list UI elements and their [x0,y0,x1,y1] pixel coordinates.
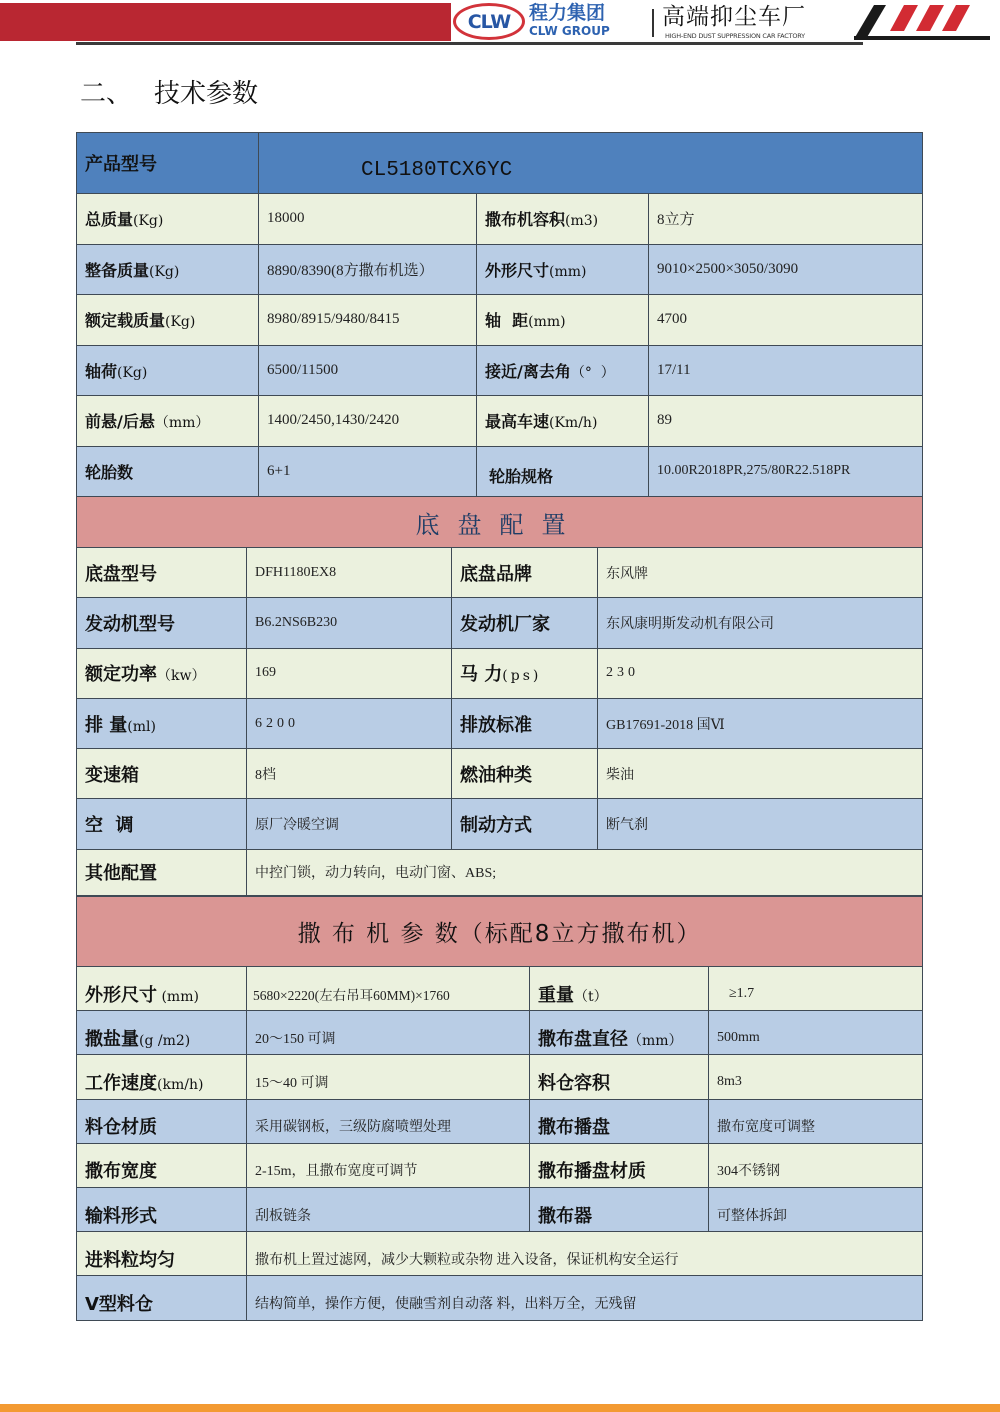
row-value: 8890/8390(8方撒布机选） [259,244,477,295]
row-value: 撒布宽度可调整 [709,1099,923,1143]
row-value: 原厂冷暖空调 [247,799,452,849]
row-value: 230 [598,648,923,698]
row-label: 料仓材质 [77,1099,247,1143]
table-row: 变速箱 8档 燃油种类 柴油 [77,749,923,799]
chassis-spec-table: 底盘配置 底盘型号 DFH1180EX8 底盘品牌 东风牌 发动机型号 B6.2… [76,496,923,896]
table-row: 撒布宽度 2-15m，且撒布宽度可调节 撒布播盘材质 304不锈钢 [77,1143,923,1187]
row-value: 东风康明斯发动机有限公司 [598,598,923,648]
row-value: 8m3 [709,1055,923,1099]
row-value: 中控门锁，动力转向，电动门窗、ABS; [247,849,923,895]
row-value: 17/11 [649,345,923,396]
section-number: 二、 [80,79,132,109]
row-value: 柴油 [598,749,923,799]
row-label: 接近/离去角（° ） [477,345,649,396]
row-label: 底盘型号 [77,548,247,598]
row-value: 20～150 可调 [247,1011,530,1055]
table-row: 总质量(Kg) 18000 撒布机容积(m3) 8立方 [77,194,923,245]
row-value: 采用碳钢板，三级防腐喷塑处理 [247,1099,530,1143]
row-label: 最高车速(Km/h) [477,396,649,447]
row-label: 料仓容积 [530,1055,709,1099]
row-label: 额定载质量(Kg) [77,295,259,346]
table-row: 底盘型号 DFH1180EX8 底盘品牌 东风牌 [77,548,923,598]
row-value: 结构简单，操作方便，使融雪剂自动落 料，出料万全，无残留 [247,1276,923,1320]
row-value: 1400/2450,1430/2420 [259,396,477,447]
table-row-other: 其他配置 中控门锁，动力转向，电动门窗、ABS; [77,849,923,895]
stripes-logo-icon [852,3,992,43]
row-value: 8立方 [649,194,923,245]
row-label: 轮胎规格 [477,446,649,497]
row-value: B6.2NS6B230 [247,598,452,648]
chassis-band: 底盘配置 [77,497,923,548]
row-value: 18000 [259,194,477,245]
row-label: 排 量(ml) [77,698,247,748]
table-row: 额定载质量(Kg) 8980/8915/9480/8415 轴 距(mm) 47… [77,295,923,346]
spreader-spec-table: 撒 布 机 参 数（标配8立方撒布机） 外形尺寸 (mm) 5680×2220(… [76,896,923,1321]
row-label: 工作速度(km/h) [77,1055,247,1099]
row-value: 5680×2220(左右吊耳60MM)×1760 [247,967,530,1011]
table-row: 空 调 原厂冷暖空调 制动方式 断气刹 [77,799,923,849]
row-label: 变速箱 [77,749,247,799]
row-label: 其他配置 [77,849,247,895]
table-row: 料仓材质 采用碳钢板，三级防腐喷塑处理 撒布播盘 撒布宽度可调整 [77,1099,923,1143]
row-label: 外形尺寸(mm) [477,244,649,295]
row-value: GB17691-2018 国Ⅵ [598,698,923,748]
row-label: 撒布播盘 [530,1099,709,1143]
model-row: 产品型号 CL5180TCX6YC [77,133,923,194]
table-row-wide: V型料仓 结构简单，操作方便，使融雪剂自动落 料，出料万全，无残留 [77,1276,923,1320]
table-row-wide: 进料粒均匀 撒布机上置过滤网，减少大颗粒或杂物 进入设备，保证机构安全运行 [77,1232,923,1276]
row-value: 15～40 可调 [247,1055,530,1099]
row-value: 2-15m，且撒布宽度可调节 [247,1143,530,1187]
row-label: 重量（t） [530,967,709,1011]
row-label: 制动方式 [452,799,598,849]
row-value: 6500/11500 [259,345,477,396]
row-value: 89 [649,396,923,447]
clw-logo: CLW [453,3,525,40]
vehicle-spec-table: 产品型号 CL5180TCX6YC 总质量(Kg) 18000 撒布机容积(m3… [76,132,923,497]
row-value: 刮板链条 [247,1187,530,1231]
row-label: 发动机型号 [77,598,247,648]
row-value: ≥1.7 [709,967,923,1011]
table-row: 排 量(ml) 6200 排放标准 GB17691-2018 国Ⅵ [77,698,923,748]
row-label: 总质量(Kg) [77,194,259,245]
footer-bar [0,1404,1000,1412]
table-row: 发动机型号 B6.2NS6B230 发动机厂家 东风康明斯发动机有限公司 [77,598,923,648]
row-value: 10.00R2018PR,275/80R22.518PR [649,446,923,497]
spreader-title: 撒 布 机 参 数（标配8立方撒布机） [77,897,923,967]
row-label: 轴 距(mm) [477,295,649,346]
spreader-band: 撒 布 机 参 数（标配8立方撒布机） [77,897,923,967]
table-row: 工作速度(km/h) 15～40 可调 料仓容积 8m3 [77,1055,923,1099]
row-label: 外形尺寸 (mm) [77,967,247,1011]
row-value: 8档 [247,749,452,799]
row-value: 可整体拆卸 [709,1187,923,1231]
row-value: 9010×2500×3050/3090 [649,244,923,295]
row-label: 轮胎数 [77,446,259,497]
row-value: 6+1 [259,446,477,497]
logo-cn-text: 程力集团 [529,3,605,23]
row-value: 撒布机上置过滤网，减少大颗粒或杂物 进入设备，保证机构安全运行 [247,1232,923,1276]
logo-mark: CLW [468,11,511,33]
row-value: 东风牌 [598,548,923,598]
slogan-en: HIGH-END DUST SUPPRESSION CAR FACTORY [665,32,805,40]
row-label: 撒布播盘材质 [530,1143,709,1187]
row-label: 底盘品牌 [452,548,598,598]
header-rule [76,42,863,45]
table-row: 整备质量(Kg) 8890/8390(8方撒布机选） 外形尺寸(mm) 9010… [77,244,923,295]
row-value: DFH1180EX8 [247,548,452,598]
row-value: 169 [247,648,452,698]
row-label: 马 力(ps) [452,648,598,698]
row-label: 发动机厂家 [452,598,598,648]
row-label: 额定功率（kw） [77,648,247,698]
model-value: CL5180TCX6YC [259,133,923,194]
row-label: 输料形式 [77,1187,247,1231]
section-title: 二、技术参数 [80,78,258,110]
row-label: 撒布器 [530,1187,709,1231]
table-row: 外形尺寸 (mm) 5680×2220(左右吊耳60MM)×1760 重量（t）… [77,967,923,1011]
row-value: 500mm [709,1011,923,1055]
row-value: 304不锈钢 [709,1143,923,1187]
row-label: 前悬/后悬（mm） [77,396,259,447]
table-row: 轴荷(Kg) 6500/11500 接近/离去角（° ） 17/11 [77,345,923,396]
row-value: 8980/8915/9480/8415 [259,295,477,346]
row-label: 排放标准 [452,698,598,748]
row-value: 断气刹 [598,799,923,849]
table-row: 额定功率（kw） 169 马 力(ps) 230 [77,648,923,698]
model-label: 产品型号 [77,133,259,194]
row-label: 撒盐量(g /m2) [77,1011,247,1055]
row-value: 6200 [247,698,452,748]
row-label: 空 调 [77,799,247,849]
row-value: 4700 [649,295,923,346]
row-label: 进料粒均匀 [77,1232,247,1276]
section-title-text: 技术参数 [154,79,258,109]
row-label: V型料仓 [77,1276,247,1320]
logo-en-text: CLW GROUP [529,24,610,38]
row-label: 撒布宽度 [77,1143,247,1187]
row-label: 撒布盘直径（mm） [530,1011,709,1055]
logo-divider [652,9,654,37]
table-row: 前悬/后悬（mm） 1400/2450,1430/2420 最高车速(Km/h)… [77,396,923,447]
row-label: 整备质量(Kg) [77,244,259,295]
table-row: 撒盐量(g /m2) 20～150 可调 撒布盘直径（mm） 500mm [77,1011,923,1055]
table-row: 输料形式 刮板链条 撒布器 可整体拆卸 [77,1187,923,1231]
slogan-cn: 高端抑尘车厂 [662,4,806,30]
table-row: 轮胎数 6+1 轮胎规格 10.00R2018PR,275/80R22.518P… [77,446,923,497]
row-label: 撒布机容积(m3) [477,194,649,245]
header-red-bar [0,3,451,41]
chassis-title: 底盘配置 [77,497,923,548]
row-label: 燃油种类 [452,749,598,799]
row-label: 轴荷(Kg) [77,345,259,396]
